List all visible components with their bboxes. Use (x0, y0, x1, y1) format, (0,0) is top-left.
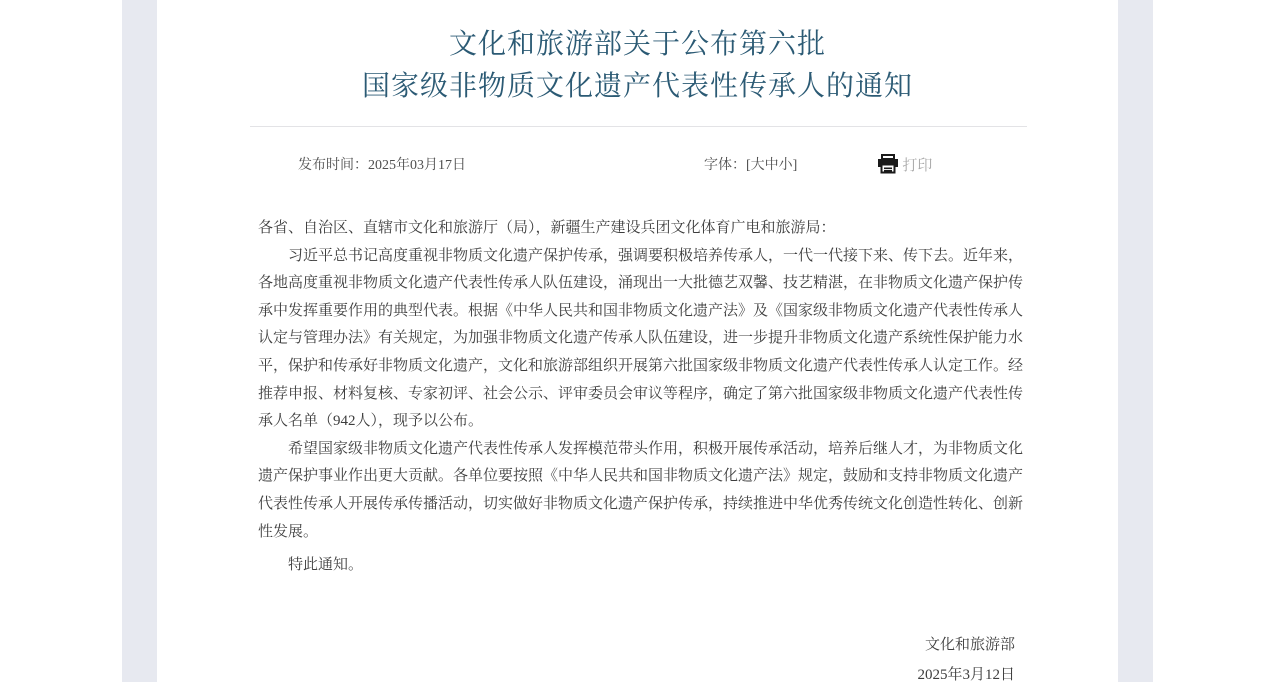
page-title-line-1: 文化和旅游部关于公布第六批 (157, 24, 1118, 66)
closing-line: 特此通知。 (258, 552, 1023, 580)
publish-date: 发布时间：2025年03月17日 (298, 154, 466, 174)
title-divider (250, 126, 1027, 127)
signature-issuer: 文化和旅游部 (258, 630, 1015, 660)
left-page-border (122, 0, 157, 682)
document-page: 文化和旅游部关于公布第六批 国家级非物质文化遗产代表性传承人的通知 发布时间：2… (157, 0, 1118, 682)
font-size-label: 字体： (704, 158, 746, 173)
print-button[interactable]: 打印 (877, 154, 932, 175)
salutation-line: 各省、自治区、直辖市文化和旅游厅（局），新疆生产建设兵团文化体育广电和旅游局： (258, 215, 1023, 243)
publish-date-value: 2025年03月17日 (368, 158, 466, 173)
page-title: 文化和旅游部关于公布第六批 国家级非物质文化遗产代表性传承人的通知 (157, 0, 1118, 108)
publish-date-label: 发布时间： (298, 158, 368, 173)
signature-block: 文化和旅游部 2025年3月12日 (258, 630, 1023, 682)
body-paragraph-1: 习近平总书记高度重视非物质文化遗产保护传承，强调要积极培养传承人，一代一代接下来… (258, 243, 1023, 436)
print-button-label: 打印 (902, 154, 932, 175)
page-title-line-2: 国家级非物质文化遗产代表性传承人的通知 (157, 66, 1118, 108)
document-body: 各省、自治区、直辖市文化和旅游厅（局），新疆生产建设兵团文化体育广电和旅游局： … (258, 215, 1023, 682)
font-size-options[interactable]: [大中小] (746, 158, 797, 173)
printer-icon (877, 154, 899, 174)
font-size-control: 字体：[大中小] (704, 154, 797, 174)
meta-row: 发布时间：2025年03月17日 字体：[大中小] 打印 (157, 151, 1118, 177)
right-page-border (1118, 0, 1153, 682)
signature-date: 2025年3月12日 (258, 660, 1015, 682)
body-paragraph-2: 希望国家级非物质文化遗产代表性传承人发挥模范带头作用，积极开展传承活动，培养后继… (258, 436, 1023, 546)
